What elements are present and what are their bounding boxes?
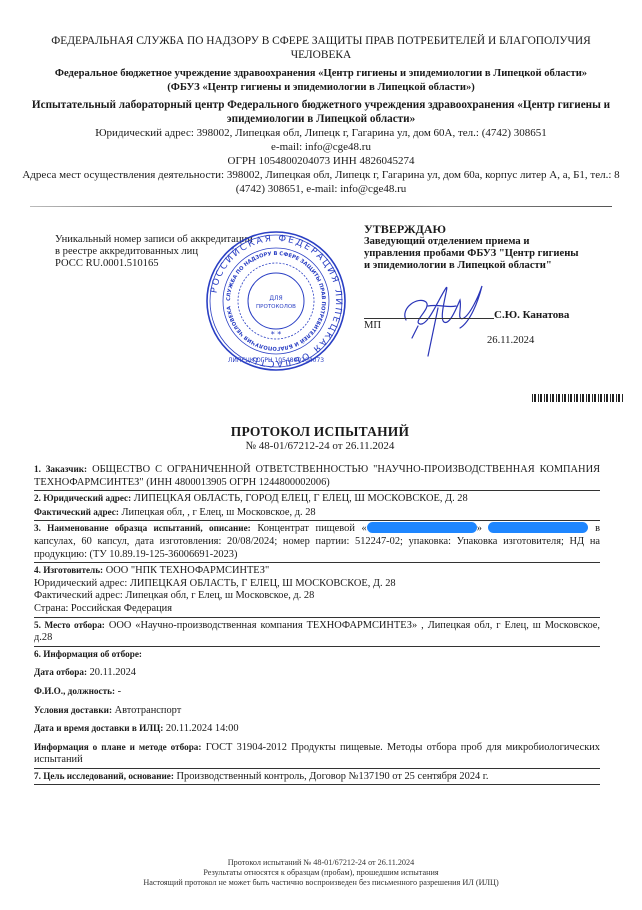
barcode-icon xyxy=(532,394,624,402)
sample-label: 3. Наименование образца испытаний, описа… xyxy=(34,523,251,533)
manufacturer-value: ООО "НПК ТЕХНОФАРМСИНТЕЗ" xyxy=(103,565,269,576)
manufacturer-actual-address: Фактический адрес: Липецкая обл, г Елец,… xyxy=(34,590,600,603)
actual-address-value: Липецкая обл, , г Елец, ш Московское, д.… xyxy=(119,507,316,518)
legal-address-value: ЛИПЕЦКАЯ ОБЛАСТЬ, ГОРОД ЕЛЕЦ, Г ЕЛЕЦ, Ш … xyxy=(131,493,468,504)
agency-name: ФЕДЕРАЛЬНАЯ СЛУЖБА ПО НАДЗОРУ В СФЕРЕ ЗА… xyxy=(20,34,622,62)
section-manufacturer: 4. Изготовитель: ООО "НПК ТЕХНОФАРМСИНТЕ… xyxy=(34,563,600,617)
footer-reproduction-note: Настоящий протокол не может быть частичн… xyxy=(60,878,582,888)
protocol-sections: 1. Заказчик: ОБЩЕСТВО С ОГРАНИЧЕННОЙ ОТВ… xyxy=(34,462,600,785)
svg-text:ПРОТОКОЛОВ: ПРОТОКОЛОВ xyxy=(256,304,296,310)
customer-label: 1. Заказчик: xyxy=(34,464,87,474)
seal-place-label: МП xyxy=(364,320,381,331)
sampler-value: - xyxy=(115,686,121,697)
redacted-product-name xyxy=(367,522,477,533)
sampling-place-value: ООО «Научно-производственная компания ТЕ… xyxy=(34,620,600,644)
protocol-number: № 48-01/67212-24 от 26.11.2024 xyxy=(100,440,540,452)
delivery-datetime-value: 20.11.2024 14:00 xyxy=(163,723,238,734)
institution-full: Федеральное бюджетное учреждение здравоо… xyxy=(10,67,632,81)
sampler-label: Ф.И.О., должность: xyxy=(34,686,115,696)
sampling-date-value: 20.11.2024 xyxy=(87,667,136,678)
institution-short: (ФБУЗ «Центр гигиены и эпидемиологии в Л… xyxy=(10,81,632,95)
section-sample: 3. Наименование образца испытаний, описа… xyxy=(34,521,600,563)
sample-value-b: » xyxy=(477,523,489,534)
sampling-place-label: 5. Место отбора: xyxy=(34,620,105,630)
approval-line1: Заведующий отделением приема и xyxy=(364,236,634,248)
delivery-conditions-label: Условия доставки: xyxy=(34,705,112,715)
signer-name: С.Ю. Канатова xyxy=(494,309,569,321)
signature-line xyxy=(364,318,494,319)
legal-address: Юридический адрес: 398002, Липецкая обл,… xyxy=(20,126,622,140)
activity-address: Адреса мест осуществления деятельности: … xyxy=(10,168,632,196)
sample-value-a: Концентрат пищевой « xyxy=(251,523,367,534)
manufacturer-country: Страна: Российская Федерация xyxy=(34,603,600,616)
manufacturer-legal-address: Юридический адрес: ЛИПЕЦКАЯ ОБЛАСТЬ, Г Е… xyxy=(34,578,600,591)
sampling-info-label: 6. Информация об отборе: xyxy=(34,649,142,659)
approval-date: 26.11.2024 xyxy=(487,335,534,346)
sampling-date-label: Дата отбора: xyxy=(34,667,87,677)
delivery-datetime-label: Дата и время доставки в ИЛЦ: xyxy=(34,723,163,733)
footer-results-note: Результаты относятся к образцам (пробам)… xyxy=(60,868,582,878)
approval-title: УТВЕРЖДАЮ xyxy=(364,223,634,235)
protocol-title: ПРОТОКОЛ ИСПЫТАНИЙ xyxy=(100,424,540,440)
customer-value: ОБЩЕСТВО С ОГРАНИЧЕННОЙ ОТВЕТСТВЕННОСТЬЮ… xyxy=(34,464,600,488)
actual-address-label: Фактический адрес: xyxy=(34,507,119,517)
svg-text:ЛИПЕЦК ОГРН 1054800204073: ЛИПЕЦК ОГРН 1054800204073 xyxy=(228,357,324,364)
email: e-mail: info@cge48.ru xyxy=(20,140,622,154)
sampling-method-label: Информация о плане и методе отбора: xyxy=(34,742,201,752)
section-customer: 1. Заказчик: ОБЩЕСТВО С ОГРАНИЧЕННОЙ ОТВ… xyxy=(34,462,600,491)
approval-line2: управления пробами ФБУЗ "Центр гигиены xyxy=(364,248,634,260)
approval-line3: и эпидемиологии в Липецкой области" xyxy=(364,260,634,272)
section-purpose: 7. Цель исследований, основание: Произво… xyxy=(34,769,600,786)
header-divider xyxy=(30,206,612,207)
manufacturer-label: 4. Изготовитель: xyxy=(34,565,103,575)
institution-name: Федеральное бюджетное учреждение здравоо… xyxy=(10,67,632,95)
section-sampling-info: 6. Информация об отборе: Дата отбора: 20… xyxy=(34,647,600,769)
purpose-label: 7. Цель исследований, основание: xyxy=(34,771,174,781)
legal-address-label: 2. Юридический адрес: xyxy=(34,493,131,503)
registration-ids: ОГРН 1054800204073 ИНН 4826045274 xyxy=(20,154,622,168)
purpose-value: Производственный контроль, Договор №1371… xyxy=(174,771,489,782)
page-footer: Протокол испытаний № 48-01/67212-24 от 2… xyxy=(60,858,582,888)
approval-block: УТВЕРЖДАЮ Заведующий отделением приема и… xyxy=(364,223,634,272)
official-stamp-icon: РОССИЙСКАЯ ФЕДЕРАЦИЯ ЛИПЕЦКАЯ ОБЛАСТЬ СЛ… xyxy=(205,230,347,372)
lab-contacts: Юридический адрес: 398002, Липецкая обл,… xyxy=(20,126,622,168)
lab-name: Испытательный лабораторный центр Федерал… xyxy=(20,98,622,126)
svg-text:ДЛЯ: ДЛЯ xyxy=(269,295,282,302)
footer-protocol-ref: Протокол испытаний № 48-01/67212-24 от 2… xyxy=(60,858,582,868)
section-legal-address: 2. Юридический адрес: ЛИПЕЦКАЯ ОБЛАСТЬ, … xyxy=(34,491,600,521)
svg-text:* *: * * xyxy=(271,330,282,339)
section-sampling-place: 5. Место отбора: ООО «Научно-производств… xyxy=(34,618,600,647)
delivery-conditions-value: Автотранспорт xyxy=(112,705,181,716)
redacted-product-variant xyxy=(488,522,588,533)
